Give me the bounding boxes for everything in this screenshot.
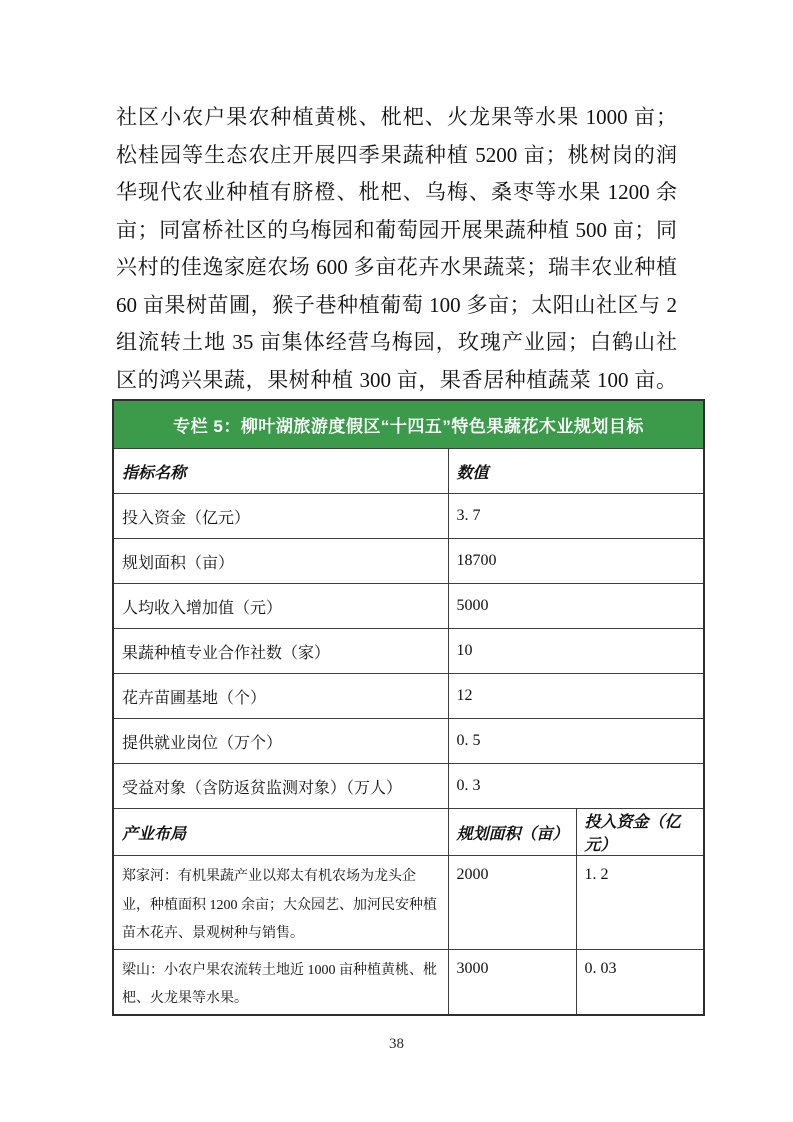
table-title-row: 专栏 5：柳叶湖旅游度假区“十四五”特色果蔬花木业规划目标: [113, 400, 704, 449]
indicator-label: 提供就业岗位（万个）: [113, 719, 448, 764]
paragraph-line: 兴村的佳逸家庭农场 600 多亩花卉水果蔬菜；瑞丰农业种植: [116, 249, 677, 287]
paragraph-line: 华现代农业种植有脐橙、枇杷、乌梅、桑枣等水果 1200 余: [116, 174, 677, 212]
table-row: 投入资金（亿元） 3. 7: [113, 494, 704, 539]
indicator-label: 花卉苗圃基地（个）: [113, 674, 448, 719]
paragraph-line: 社区小农户果农种植黄桃、枇杷、火龙果等水果 1000 亩；: [116, 99, 677, 137]
indicator-value: 5000: [448, 584, 704, 629]
table-row: 梁山：小农户果农流转土地近 1000 亩种植黄桃、枇杷、火龙果等水果。 3000…: [113, 949, 704, 1015]
layout-header-row: 产业布局 规划面积（亩） 投入资金（亿元）: [113, 809, 704, 856]
table-row: 提供就业岗位（万个） 0. 5: [113, 719, 704, 764]
document-page: 社区小农户果农种植黄桃、枇杷、火龙果等水果 1000 亩； 松桂园等生态农庄开展…: [0, 0, 793, 1122]
indicator-value: 3. 7: [448, 494, 704, 539]
page-number: 38: [0, 1036, 793, 1053]
indicator-label: 规划面积（亩）: [113, 539, 448, 584]
paragraph-line: 区的鸿兴果蔬，果树种植 300 亩，果香居种植蔬菜 100 亩。: [116, 362, 677, 400]
paragraph-line: 亩；同富桥社区的乌梅园和葡萄园开展果蔬种植 500 亩；同: [116, 212, 677, 250]
layout-desc: 郑家河：有机果蔬产业以郑太有机农场为龙头企业，种植面积 1200 余亩；大众园艺…: [113, 856, 448, 950]
indicator-label: 人均收入增加值（元）: [113, 584, 448, 629]
layout-investment-value: 0. 03: [576, 949, 704, 1015]
table-row: 果蔬种植专业合作社数（家） 10: [113, 629, 704, 674]
col-header-investment: 投入资金（亿元）: [576, 809, 704, 856]
table-row: 人均收入增加值（元） 5000: [113, 584, 704, 629]
indicator-value: 10: [448, 629, 704, 674]
col-header-area: 规划面积（亩）: [448, 809, 576, 856]
indicator-label: 果蔬种植专业合作社数（家）: [113, 629, 448, 674]
table-row: 规划面积（亩） 18700: [113, 539, 704, 584]
col-header-layout: 产业布局: [113, 809, 448, 856]
indicator-value: 0. 5: [448, 719, 704, 764]
indicator-label: 受益对象（含防返贫监测对象）（万人）: [113, 764, 448, 809]
paragraph-line: 60 亩果树苗圃，猴子巷种植葡萄 100 多亩；太阳山社区与 2: [116, 287, 677, 325]
indicator-value: 0. 3: [448, 764, 704, 809]
special-column-table: 专栏 5：柳叶湖旅游度假区“十四五”特色果蔬花木业规划目标 指标名称 数值 投入…: [112, 399, 705, 1016]
indicator-value: 18700: [448, 539, 704, 584]
layout-desc: 梁山：小农户果农流转土地近 1000 亩种植黄桃、枇杷、火龙果等水果。: [113, 949, 448, 1015]
table-row: 受益对象（含防返贫监测对象）（万人） 0. 3: [113, 764, 704, 809]
body-paragraph: 社区小农户果农种植黄桃、枇杷、火龙果等水果 1000 亩； 松桂园等生态农庄开展…: [116, 99, 677, 399]
paragraph-line: 松桂园等生态农庄开展四季果蔬种植 5200 亩；桃树岗的润: [116, 137, 677, 175]
indicator-label: 投入资金（亿元）: [113, 494, 448, 539]
table-header-row: 指标名称 数值: [113, 449, 704, 494]
col-header-value: 数值: [448, 449, 704, 494]
layout-area-value: 3000: [448, 949, 576, 1015]
table-title: 专栏 5：柳叶湖旅游度假区“十四五”特色果蔬花木业规划目标: [113, 400, 704, 449]
layout-area-value: 2000: [448, 856, 576, 950]
indicator-value: 12: [448, 674, 704, 719]
layout-investment-value: 1. 2: [576, 856, 704, 950]
table-row: 郑家河：有机果蔬产业以郑太有机农场为龙头企业，种植面积 1200 余亩；大众园艺…: [113, 856, 704, 950]
paragraph-line: 组流转土地 35 亩集体经营乌梅园，玫瑰产业园；白鹤山社: [116, 324, 677, 362]
col-header-indicator: 指标名称: [113, 449, 448, 494]
table-row: 花卉苗圃基地（个） 12: [113, 674, 704, 719]
